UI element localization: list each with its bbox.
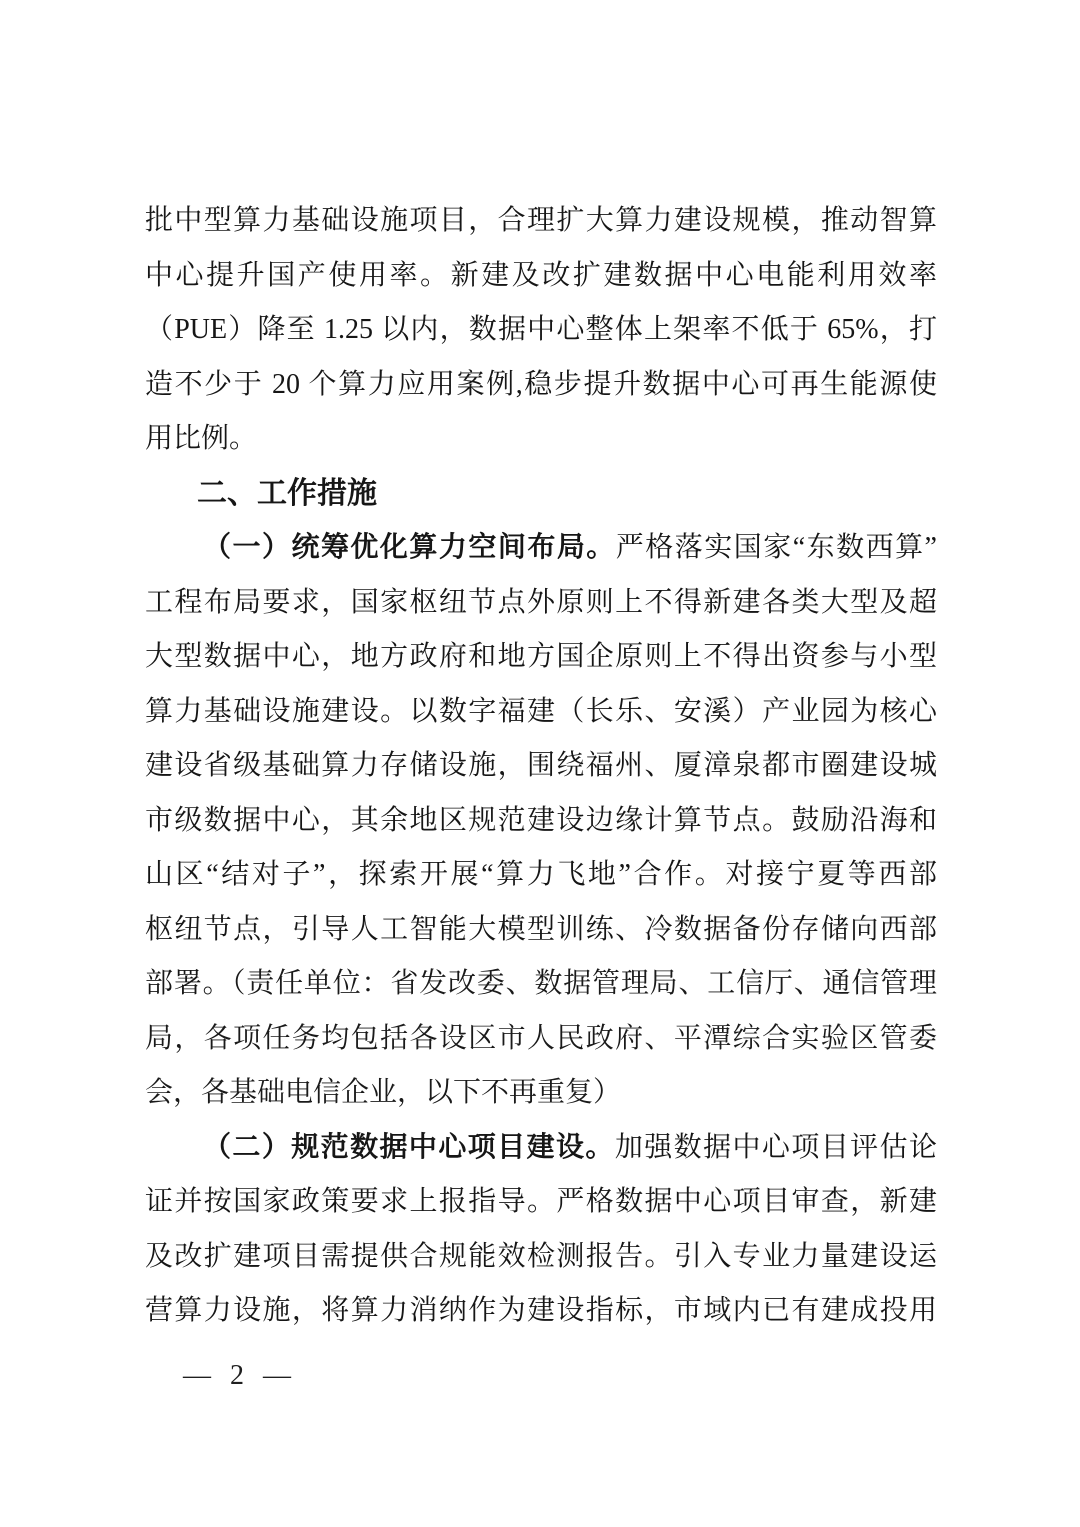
body-line: 市级数据中心，其余地区规范建设边缘计算节点。鼓励沿海和 bbox=[145, 794, 937, 849]
body-line: 批中型算力基础设施项目，合理扩大算力建设规模，推动智算 bbox=[145, 194, 937, 249]
measure-2-first-line: （二）规范数据中心项目建设。加强数据中心项目评估论 bbox=[145, 1121, 937, 1176]
document-body: 批中型算力基础设施项目，合理扩大算力建设规模，推动智算 中心提升国产使用率。新建… bbox=[145, 194, 937, 1339]
body-line: 工程布局要求，国家枢纽节点外原则上不得新建各类大型及超 bbox=[145, 576, 937, 631]
measure-1-resp-start-line: 部署。（责任单位：省发改委、数据管理局、工信厅、通信管理 bbox=[145, 957, 937, 1012]
responsibility-unit-line: 会，各基础电信企业，以下不再重复） bbox=[145, 1066, 937, 1121]
body-line: 造不少于 20 个算力应用案例,稳步提升数据中心可再生能源使 bbox=[145, 358, 937, 413]
measure-2-title: （二）规范数据中心项目建设。 bbox=[203, 1132, 615, 1163]
document-page: 批中型算力基础设施项目，合理扩大算力建设规模，推动智算 中心提升国产使用率。新建… bbox=[0, 0, 1080, 1527]
body-line: 用比例。 bbox=[145, 412, 937, 467]
responsibility-unit-line: 局，各项任务均包括各设区市人民政府、平潭综合实验区管委 bbox=[145, 1012, 937, 1067]
body-line: 枢纽节点，引导人工智能大模型训练、冷数据备份存储向西部 bbox=[145, 903, 937, 958]
section-heading: 二、工作措施 bbox=[145, 467, 937, 522]
body-text: 部署。 bbox=[145, 968, 231, 999]
measure-1-title: （一）统筹优化算力空间布局。 bbox=[203, 532, 616, 563]
page-number: — 2 — bbox=[183, 1356, 293, 1396]
body-line: 山区“结对子”，探索开展“算力飞地”合作。对接宁夏等西部 bbox=[145, 848, 937, 903]
responsibility-unit-text: （责任单位：省发改委、数据管理局、工信厅、通信管理 bbox=[231, 968, 937, 999]
body-text: 加强数据中心项目评估论 bbox=[615, 1132, 937, 1163]
body-line: 及改扩建项目需提供合规能效检测报告。引入专业力量建设运 bbox=[145, 1230, 937, 1285]
body-line: 算力基础设施建设。以数字福建（长乐、安溪）产业园为核心 bbox=[145, 685, 937, 740]
body-line: 建设省级基础算力存储设施，围绕福州、厦漳泉都市圈建设城 bbox=[145, 739, 937, 794]
body-line: 中心提升国产使用率。新建及改扩建数据中心电能利用效率 bbox=[145, 249, 937, 304]
body-text: 严格落实国家“东数西算” bbox=[616, 532, 937, 563]
body-line: （PUE）降至 1.25 以内，数据中心整体上架率不低于 65%，打 bbox=[145, 303, 937, 358]
body-line: 营算力设施，将算力消纳作为建设指标，市域内已有建成投用 bbox=[145, 1284, 937, 1339]
body-line: 证并按国家政策要求上报指导。严格数据中心项目审查，新建 bbox=[145, 1175, 937, 1230]
measure-1-first-line: （一）统筹优化算力空间布局。严格落实国家“东数西算” bbox=[145, 521, 937, 576]
body-line: 大型数据中心，地方政府和地方国企原则上不得出资参与小型 bbox=[145, 630, 937, 685]
